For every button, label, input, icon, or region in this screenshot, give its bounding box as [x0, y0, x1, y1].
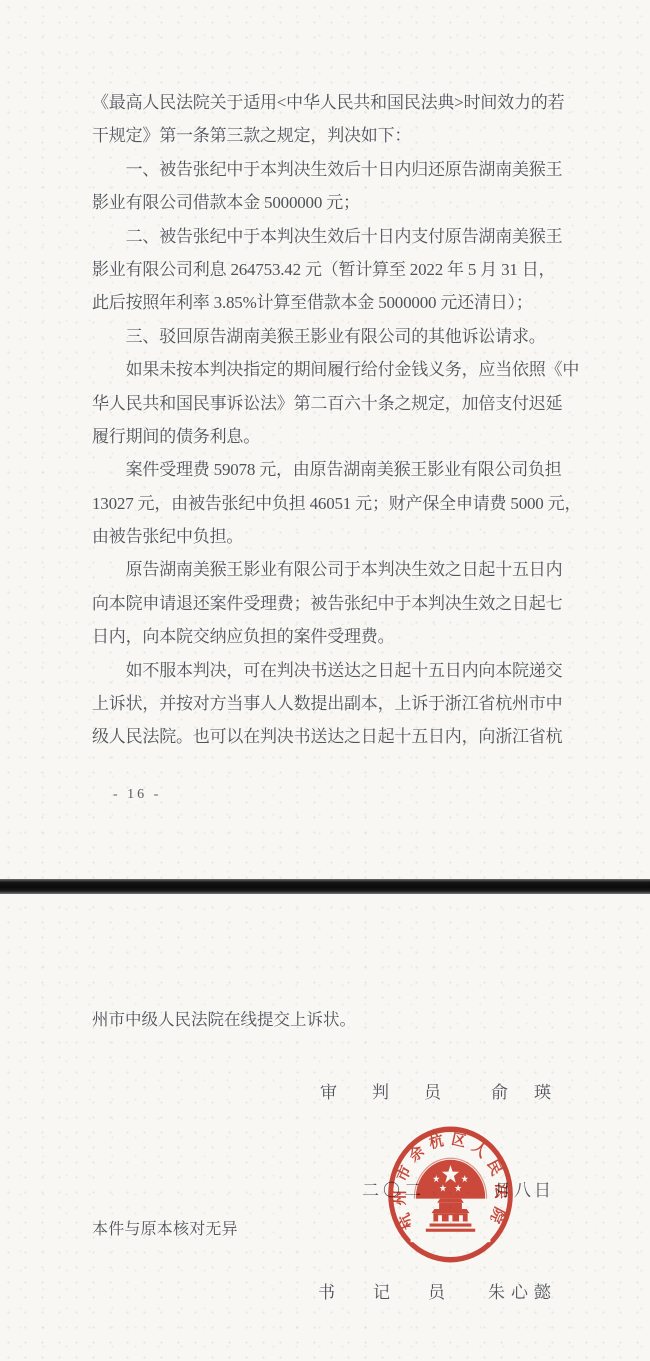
body-line: 此后按照年利率 3.85%计算至借款本金 5000000 元还清日）；: [92, 286, 592, 319]
body-line: 由被告张纪中负担。: [92, 520, 592, 553]
body-line: 三、驳回原告湖南美猴王影业有限公司的其他诉讼请求。: [92, 320, 592, 353]
body-line: 履行期间的债务利息。: [92, 420, 592, 453]
body-line: 日内，向本院交纳应负担的案件受理费。: [92, 620, 592, 653]
body-line: 向本院申请退还案件受理费；被告张纪中于本判决生效之日起七: [92, 587, 592, 620]
judgment-last-page: 州市中级人民法院在线提交上诉状。 审判员 俞瑛 二〇二 月八日 杭州市余杭区人民…: [0, 894, 650, 1361]
body-line: 影业有限公司利息 264753.42 元（暂计算至 2022 年 5 月 31 …: [92, 253, 592, 286]
body-line: 上诉状，并按对方当事人人数提出副本，上诉于浙江省杭州市中: [92, 687, 592, 720]
judgment-page-16: 《最高人民法院关于适用<中华人民共和国民法典>时间效力的若 干规定》第一条第三款…: [0, 0, 650, 879]
body-line: 原告湖南美猴王影业有限公司于本判决生效之日起十五日内: [92, 553, 592, 586]
certification-note: 本件与原本核对无异: [92, 1216, 238, 1239]
page-number: - 16 -: [113, 787, 161, 803]
clerk-role-label: 书记员: [318, 1278, 483, 1303]
judge-name: 俞瑛: [491, 1078, 577, 1103]
body-line: 影业有限公司借款本金 5000000 元；: [92, 186, 592, 219]
page-separator-bar: [0, 879, 650, 894]
judgment-text-block: 《最高人民法院关于适用<中华人民共和国民法典>时间效力的若 干规定》第一条第三款…: [92, 86, 592, 754]
body-line: 如果未按本判决指定的期间履行给付金钱义务，应当依照《中: [92, 353, 592, 386]
national-emblem-icon: [411, 1158, 491, 1242]
body-line: 华人民共和国民事诉讼法》第二百六十条之规定，加倍支付迟延: [92, 387, 592, 420]
judge-role-label: 审判员: [320, 1078, 476, 1103]
body-line: 一、被告张纪中于本判决生效后十日内归还原告湖南美猴王: [92, 153, 592, 186]
body-line: 如不服本判决，可在判决书送达之日起十五日内向本院递交: [92, 654, 592, 687]
body-line: 13027 元，由被告张纪中负担 46051 元；财产保全申请费 5000 元，: [92, 487, 592, 520]
clerk-name: 朱心懿: [488, 1278, 557, 1303]
body-line: 干规定》第一条第三款之规定，判决如下：: [92, 119, 592, 152]
body-line: 《最高人民法院关于适用<中华人民共和国民法典>时间效力的若: [92, 86, 592, 119]
court-seal-graphic: 杭州市余杭区人民法院: [384, 1122, 517, 1267]
body-line: 级人民法院。也可以在判决书送达之日起十五日内，向浙江省杭: [92, 720, 592, 753]
body-line: 州市中级人民法院在线提交上诉状。: [92, 1008, 356, 1032]
body-line: 二、被告张纪中于本判决生效后十日内支付原告湖南美猴王: [92, 220, 592, 253]
court-seal: 杭州市余杭区人民法院: [384, 1122, 517, 1267]
document-scan: 《最高人民法院关于适用<中华人民共和国民法典>时间效力的若 干规定》第一条第三款…: [0, 0, 650, 1361]
body-line: 案件受理费 59078 元，由原告湖南美猴王影业有限公司负担: [92, 453, 592, 486]
